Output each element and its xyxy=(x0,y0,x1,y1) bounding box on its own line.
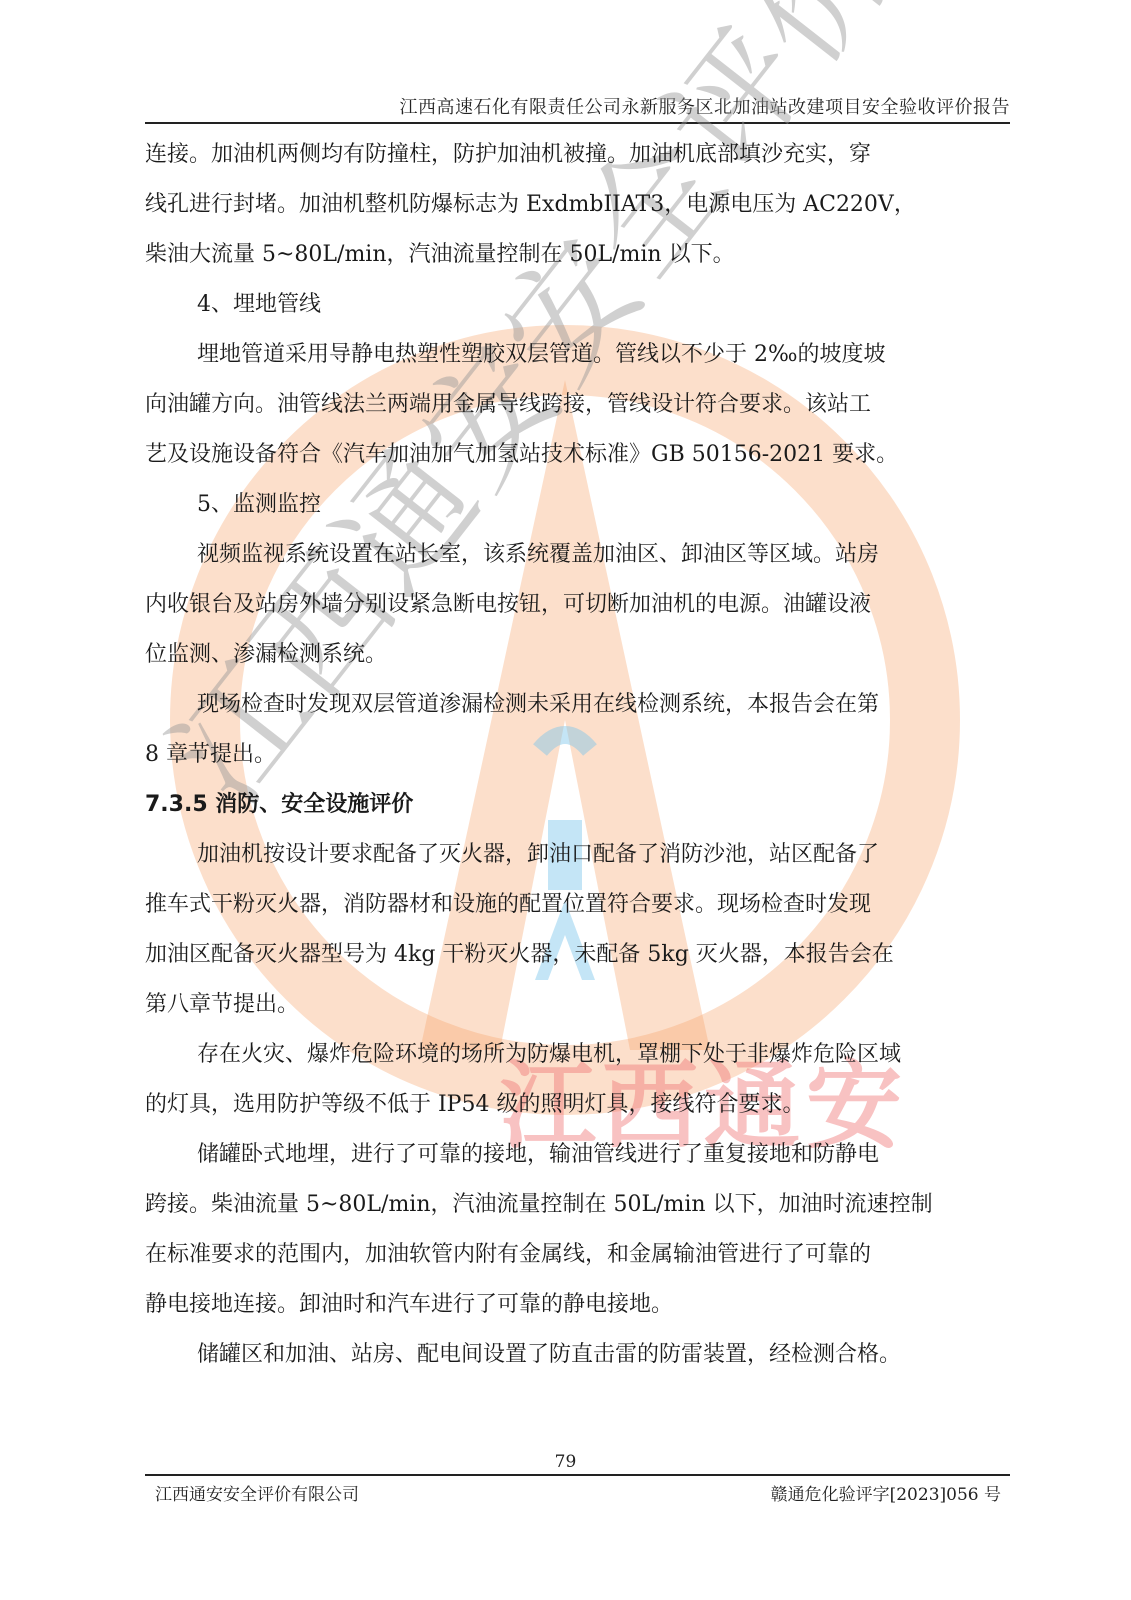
section-heading: 7.3.5 消防、安全设施评价 xyxy=(145,780,1005,830)
text-line: 埋地管道采用导静电热塑性塑胶双层管道。管线以不少于 2‰的坡度坡 xyxy=(145,330,1005,380)
text-line: 储罐区和加油、站房、配电间设置了防直击雷的防雷装置，经检测合格。 xyxy=(145,1330,1005,1380)
text-line: 现场检查时发现双层管道渗漏检测未采用在线检测系统，本报告会在第 xyxy=(145,680,1005,730)
text-line: 位监测、渗漏检测系统。 xyxy=(145,630,1005,680)
text-line: 加油机按设计要求配备了灭火器，卸油口配备了消防沙池，站区配备了 xyxy=(145,830,1005,880)
page-number: 79 xyxy=(0,1452,1131,1472)
footer-divider xyxy=(145,1474,1010,1476)
text-line: 存在火灾、爆炸危险环境的场所为防爆电机，罩棚下处于非爆炸危险区域 xyxy=(145,1030,1005,1080)
document-body: 连接。加油机两侧均有防撞柱，防护加油机被撞。加油机底部填沙充实，穿 线孔进行封堵… xyxy=(145,130,1005,1380)
subsection-title: 4、埋地管线 xyxy=(145,280,1005,330)
text-line: 的灯具，选用防护等级不低于 IP54 级的照明灯具，接线符合要求。 xyxy=(145,1080,1005,1130)
text-line: 在标准要求的范围内，加油软管内附有金属线，和金属输油管进行了可靠的 xyxy=(145,1230,1005,1280)
running-header-title: 江西高速石化有限责任公司永新服务区北加油站改建项目安全验收评价报告 xyxy=(140,93,1010,119)
footer-report-number: 赣通危化验评字[2023]056 号 xyxy=(771,1480,1001,1505)
text-line: 艺及设施设备符合《汽车加油加气加氢站技术标准》GB 50156-2021 要求。 xyxy=(145,430,1005,480)
document-page: 江西通安 江西通安安全评价有限公司 江西高速石化有限责任公司永新服务区北加油站改… xyxy=(0,0,1131,1600)
text-line: 内收银台及站房外墙分别设紧急断电按钮，可切断加油机的电源。油罐设液 xyxy=(145,580,1005,630)
text-line: 加油区配备灭火器型号为 4kg 干粉灭火器，未配备 5kg 灭火器，本报告会在 xyxy=(145,930,1005,980)
header-divider xyxy=(145,122,1010,124)
text-line: 推车式干粉灭火器，消防器材和设施的配置位置符合要求。现场检查时发现 xyxy=(145,880,1005,930)
text-line: 向油罐方向。油管线法兰两端用金属导线跨接，管线设计符合要求。该站工 xyxy=(145,380,1005,430)
text-line: 视频监视系统设置在站长室，该系统覆盖加油区、卸油区等区域。站房 xyxy=(145,530,1005,580)
text-line: 储罐卧式地埋，进行了可靠的接地，输油管线进行了重复接地和防静电 xyxy=(145,1130,1005,1180)
text-line: 第八章节提出。 xyxy=(145,980,1005,1030)
subsection-title: 5、监测监控 xyxy=(145,480,1005,530)
text-line: 静电接地连接。卸油时和汽车进行了可靠的静电接地。 xyxy=(145,1280,1005,1330)
text-line: 连接。加油机两侧均有防撞柱，防护加油机被撞。加油机底部填沙充实，穿 xyxy=(145,130,1005,180)
text-line: 柴油大流量 5~80L/min，汽油流量控制在 50L/min 以下。 xyxy=(145,230,1005,280)
text-line: 线孔进行封堵。加油机整机防爆标志为 ExdmbIIAT3，电源电压为 AC220… xyxy=(145,180,1005,230)
text-line: 8 章节提出。 xyxy=(145,730,1005,780)
footer-company: 江西通安安全评价有限公司 xyxy=(155,1480,359,1505)
text-line: 跨接。柴油流量 5~80L/min，汽油流量控制在 50L/min 以下，加油时… xyxy=(145,1180,1005,1230)
